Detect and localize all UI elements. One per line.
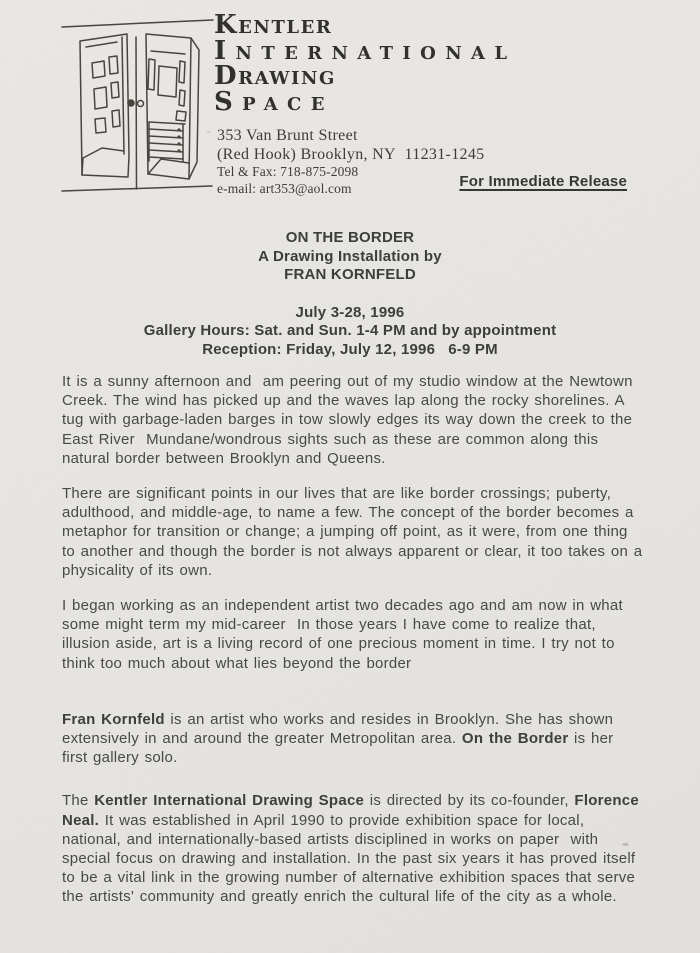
address-city: (Red Hook) Brooklyn, NY 11231-1245	[217, 145, 484, 164]
artist-name-bold: Fran Kornfeld	[62, 711, 165, 728]
exhibition-dates: July 3-28, 1996	[0, 304, 700, 323]
paragraph-border-crossings: There are significant points in our live…	[62, 484, 644, 580]
headline-spacer	[0, 285, 700, 304]
paragraph-artist-bio: Fran Kornfeld is an artist who works and…	[62, 710, 644, 768]
gallery-name-bold: Kentler International Drawing Space	[94, 792, 364, 809]
address-phone: Tel & Fax: 718-875-2098	[217, 164, 484, 181]
reception-info: Reception: Friday, July 12, 1996 6-9 PM	[0, 341, 700, 360]
wordmark-line-kentler: Kentler	[214, 13, 516, 39]
show-title-bold: On the Border	[462, 730, 569, 747]
paragraph-gallery-history: The Kentler International Drawing Space …	[62, 791, 644, 906]
address-street: 353 Van Brunt Street	[217, 126, 484, 145]
press-release-page: Kentler International Drawing Space 353 …	[0, 0, 700, 953]
gallery-doors-sketch-icon	[61, 10, 215, 198]
gallery-doors-logo	[61, 10, 215, 198]
gallery-hours: Gallery Hours: Sat. and Sun. 1-4 PM and …	[0, 322, 700, 341]
gallery-wordmark: Kentler International Drawing Space	[214, 13, 516, 115]
wordmark-line-space: Space	[214, 90, 516, 116]
paragraph-studio-window: It is a sunny afternoon and am peering o…	[62, 372, 644, 468]
release-notice: For Immediate Release	[459, 173, 627, 190]
exhibition-title: ON THE BORDER	[0, 229, 700, 248]
gallery-text-mid: is directed by its co-founder,	[364, 792, 574, 809]
gallery-text-rest: It was established in April 1990 to prov…	[62, 812, 635, 906]
gallery-address: 353 Van Brunt Street (Red Hook) Brooklyn…	[217, 126, 484, 197]
artist-name: FRAN KORNFELD	[0, 266, 700, 285]
headline-block: ON THE BORDER A Drawing Installation by …	[0, 229, 700, 359]
address-email: e-mail: art353@aol.com	[217, 181, 484, 198]
gallery-text-lead: The	[62, 792, 94, 809]
wordmark-line-drawing: Drawing	[214, 64, 516, 90]
exhibition-subtitle: A Drawing Installation by	[0, 248, 700, 267]
paragraph-mid-career: I began working as an independent artist…	[62, 596, 644, 673]
body-text: It is a sunny afternoon and am peering o…	[62, 372, 644, 923]
